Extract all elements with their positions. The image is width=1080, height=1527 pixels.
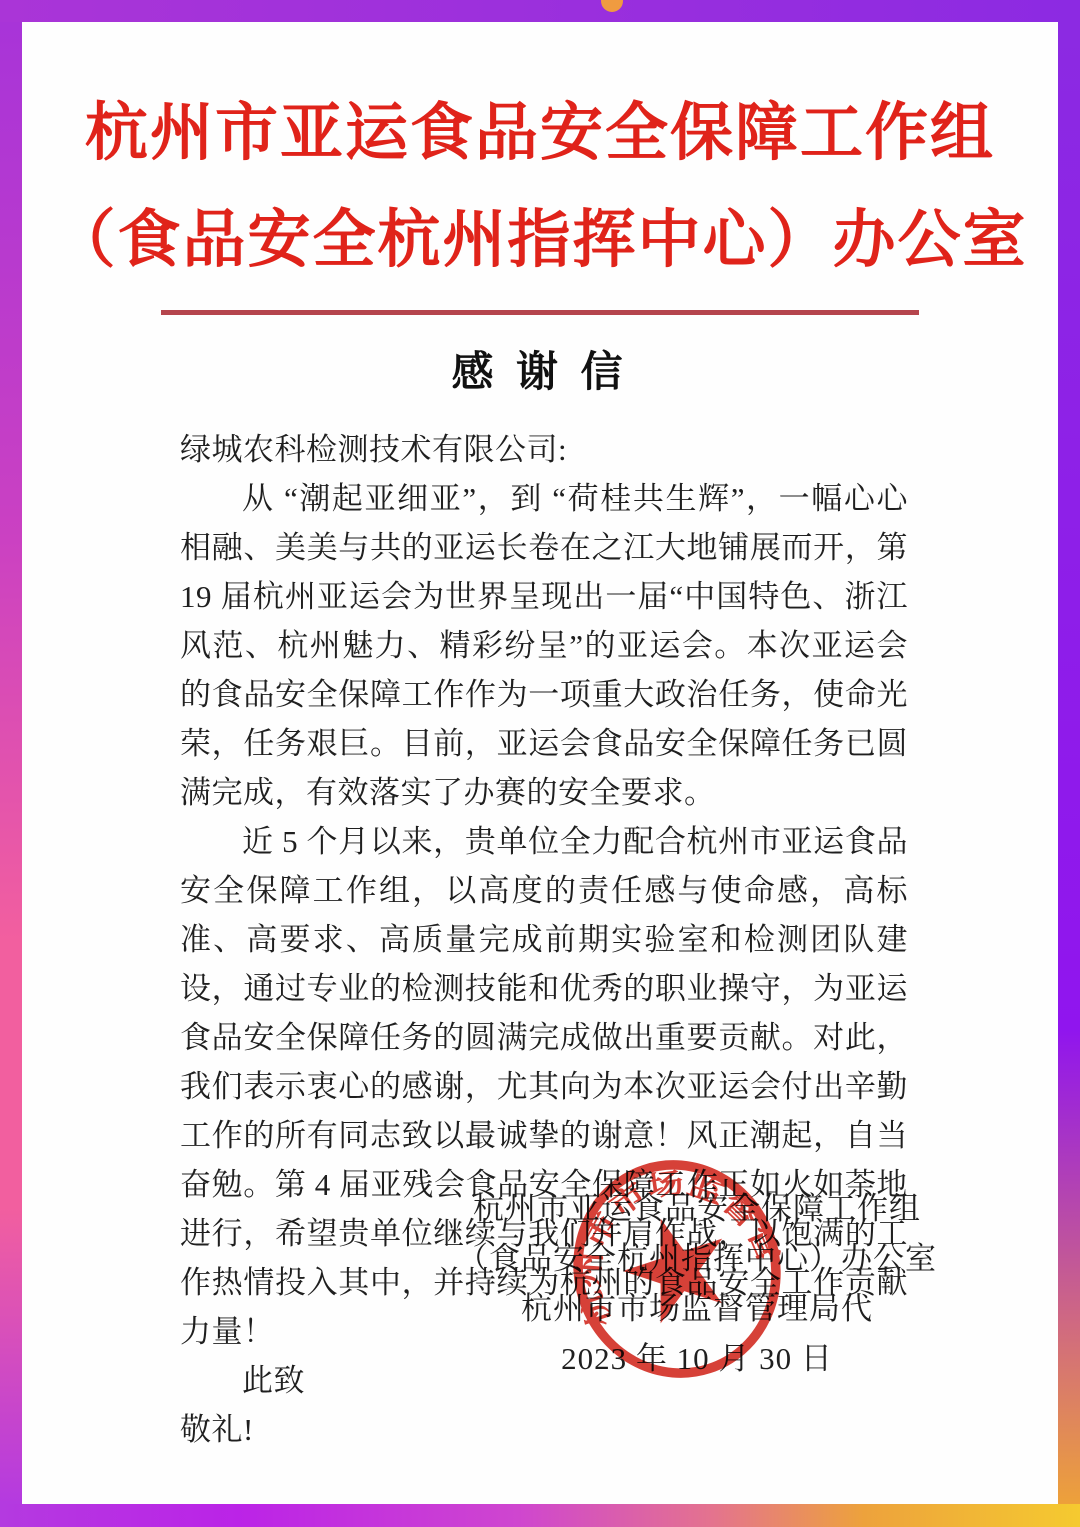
letter-scan: 杭州市亚运食品安全保障工作组 （食品安全杭州指挥中心）办公室 感 谢 信 绿城农… xyxy=(0,0,1080,1527)
border-edge-bottom xyxy=(0,1504,1080,1527)
border-edge-right xyxy=(1058,22,1080,1504)
letter-heading: 感 谢 信 xyxy=(22,339,1058,399)
letter-page: 杭州市亚运食品安全保障工作组 （食品安全杭州指挥中心）办公室 感 谢 信 绿城农… xyxy=(22,22,1058,1504)
closing-jingli: 敬礼! xyxy=(180,1405,908,1454)
paragraph-1: 从 “潮起亚细亚”，到 “荷桂共生辉”，一幅心心相融、美美与共的亚运长卷在之江大… xyxy=(180,474,908,817)
seal-star-icon xyxy=(611,1203,741,1330)
letterhead-title-line2: （食品安全杭州指挥中心）办公室 xyxy=(22,209,1058,272)
letterhead: 杭州市亚运食品安全保障工作组 （食品安全杭州指挥中心）办公室 xyxy=(22,102,1058,272)
border-edge-top xyxy=(0,0,1080,22)
border-edge-left xyxy=(0,22,22,1504)
letterhead-title-line1: 杭州市亚运食品安全保障工作组 xyxy=(22,102,1058,165)
salutation: 绿城农科检测技术有限公司: xyxy=(180,425,908,474)
letterhead-divider xyxy=(161,310,919,315)
